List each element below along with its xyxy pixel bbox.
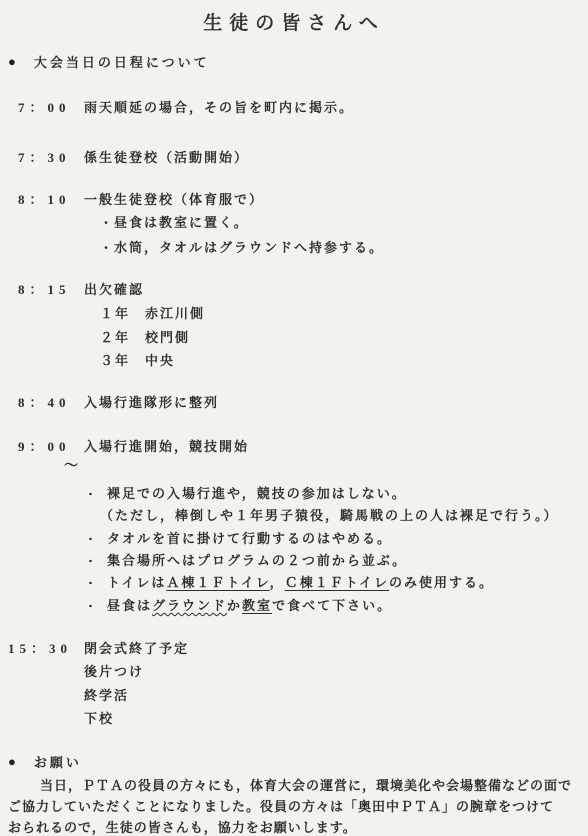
paragraph-text: おられるので，生徒の皆さんも，協力をお願いします。 bbox=[8, 820, 357, 835]
schedule-text: 出欠確認 bbox=[84, 279, 144, 298]
schedule-note: ・昼食は教室に置く。 bbox=[100, 212, 249, 232]
rule-item-parenthetical: （ただし，棒倒しや１年男子猿役，騎馬戦の上の人は裸足で行う。） bbox=[100, 505, 559, 524]
schedule-entry-1530: 15：30 閉会式終了予定 bbox=[8, 638, 189, 657]
text-segment: 昼食は bbox=[107, 598, 152, 613]
dot-bullet-icon: ・ bbox=[85, 531, 107, 547]
note-text: 水筒，タオルはグラウンドへ持参する。 bbox=[114, 240, 384, 255]
rule-text: タオルを首に掛けて行動するのはやめる。 bbox=[107, 528, 392, 547]
schedule-time: 8：40 bbox=[18, 392, 84, 411]
schedule-entry-810: 8：10 一般生徒登校（体育服で） bbox=[18, 189, 264, 208]
text-segment-underlined: Ｃ棟１Ｆトイレ bbox=[285, 575, 389, 590]
grade-assignment: １年 赤江川側 bbox=[100, 303, 205, 322]
dot-bullet-icon: ・ bbox=[85, 486, 107, 502]
schedule-time: 7：30 bbox=[18, 147, 84, 166]
followup-item: 下校 bbox=[84, 708, 114, 728]
rule-item: ・ 集合場所へはプログラムの２つ前から並ぶ。 bbox=[85, 550, 407, 569]
range-tilde: ～ bbox=[64, 455, 78, 475]
text-segment: ， bbox=[270, 575, 285, 590]
rule-item: ・ 裸足での入場行進や，競技の参加はしない。 bbox=[85, 483, 407, 502]
followup-item: 終学活 bbox=[84, 685, 129, 705]
dot-bullet-icon: ・ bbox=[85, 575, 107, 591]
rule-text: トイレはＡ棟１Ｆトイレ，Ｃ棟１Ｆトイレのみ使用する。 bbox=[107, 572, 494, 591]
place-label: 校門側 bbox=[145, 327, 190, 346]
document-page: 生徒の皆さんへ ●大会当日の日程について 7：00 雨天順延の場合，その旨を町内… bbox=[0, 0, 588, 836]
schedule-text: 雨天順延の場合，その旨を町内に掲示。 bbox=[84, 97, 354, 116]
rule-text: 集合場所へはプログラムの２つ前から並ぶ。 bbox=[107, 550, 407, 569]
dot-bullet-icon: ・ bbox=[100, 216, 112, 230]
request-paragraph-line: おられるので，生徒の皆さんも，協力をお願いします。 bbox=[8, 817, 357, 836]
grade-label: ３年 bbox=[100, 350, 145, 369]
followup-text: 下校 bbox=[84, 711, 114, 726]
rule-item: ・ タオルを首に掛けて行動するのはやめる。 bbox=[85, 528, 392, 547]
schedule-entry-730: 7：30 係生徒登校（活動開始） bbox=[18, 147, 249, 166]
dot-bullet-icon: ・ bbox=[100, 241, 112, 255]
dot-bullet-icon: ・ bbox=[85, 598, 107, 614]
schedule-entry-700: 7：00 雨天順延の場合，その旨を町内に掲示。 bbox=[18, 97, 354, 116]
bullet-icon: ● bbox=[8, 754, 16, 770]
rule-item: ・ トイレはＡ棟１Ｆトイレ，Ｃ棟１Ｆトイレのみ使用する。 bbox=[85, 572, 494, 591]
section-heading-label: 大会当日の日程について bbox=[34, 55, 210, 70]
text-segment: トイレは bbox=[107, 575, 166, 590]
section-heading-label: お願い bbox=[34, 755, 82, 770]
followup-text: 終学活 bbox=[84, 688, 129, 703]
schedule-time: 7：00 bbox=[18, 97, 84, 116]
followup-item: 後片つけ bbox=[84, 661, 144, 681]
followup-text: 後片つけ bbox=[84, 664, 144, 679]
page-title: 生徒の皆さんへ bbox=[0, 8, 588, 35]
text-segment: か bbox=[227, 598, 242, 613]
schedule-entry-840: 8：40 入場行進隊形に整列 bbox=[18, 392, 219, 411]
request-section-heading: ●お願い bbox=[8, 752, 82, 771]
grade-assignment: ２年 校門側 bbox=[100, 327, 190, 346]
schedule-text: 係生徒登校（活動開始） bbox=[84, 147, 249, 166]
place-label: 中央 bbox=[145, 350, 175, 369]
place-label: 赤江川側 bbox=[145, 303, 205, 322]
text-segment-underlined: Ａ棟１Ｆトイレ bbox=[166, 575, 269, 590]
paragraph-text: 当日，ＰＴＡの役員の方々にも，体育大会の運営に，環境美化や会場整備などの面で bbox=[40, 778, 572, 793]
schedule-text: 入場行進開始，競技開始 bbox=[84, 436, 249, 455]
schedule-entry-815: 8：15 出欠確認 bbox=[18, 279, 144, 298]
schedule-note: ・水筒，タオルはグラウンドへ持参する。 bbox=[100, 237, 384, 257]
schedule-entry-900: 9：00 入場行進開始，競技開始 bbox=[18, 436, 249, 455]
text-segment-underlined: グラウンド bbox=[152, 598, 227, 613]
schedule-text: 入場行進隊形に整列 bbox=[84, 392, 219, 411]
schedule-time: 8：10 bbox=[18, 189, 84, 208]
text-segment-underlined: 教室 bbox=[242, 598, 272, 613]
note-text: 昼食は教室に置く。 bbox=[114, 215, 249, 230]
text-segment: で食べて下さい。 bbox=[272, 598, 392, 613]
request-paragraph-line: 当日，ＰＴＡの役員の方々にも，体育大会の運営に，環境美化や会場整備などの面で bbox=[40, 775, 572, 795]
schedule-time: 15：30 bbox=[8, 638, 84, 657]
dot-bullet-icon: ・ bbox=[85, 553, 107, 569]
grade-label: ２年 bbox=[100, 327, 145, 346]
schedule-text: 閉会式終了予定 bbox=[84, 638, 189, 657]
schedule-text: 一般生徒登校（体育服で） bbox=[84, 189, 264, 208]
request-paragraph-line: ご協力していただくことになりました。役員の方々は「奥田中ＰＴＡ」の腕章をつけて bbox=[8, 796, 554, 816]
paragraph-text: ご協力していただくことになりました。役員の方々は「奥田中ＰＴＡ」の腕章をつけて bbox=[8, 799, 554, 814]
bullet-icon: ● bbox=[8, 54, 16, 70]
rule-text: 昼食はグラウンドか教室で食べて下さい。 bbox=[107, 595, 392, 614]
text-segment: のみ使用する。 bbox=[389, 575, 494, 590]
schedule-time: 8：15 bbox=[18, 279, 84, 298]
schedule-section-heading: ●大会当日の日程について bbox=[8, 52, 210, 71]
rule-text: 裸足での入場行進や，競技の参加はしない。 bbox=[107, 483, 407, 502]
schedule-time: 9：00 bbox=[18, 436, 84, 455]
rule-text: （ただし，棒倒しや１年男子猿役，騎馬戦の上の人は裸足で行う。） bbox=[100, 505, 559, 524]
grade-assignment: ３年 中央 bbox=[100, 350, 175, 369]
rule-item: ・ 昼食はグラウンドか教室で食べて下さい。 bbox=[85, 595, 392, 614]
grade-label: １年 bbox=[100, 303, 145, 322]
